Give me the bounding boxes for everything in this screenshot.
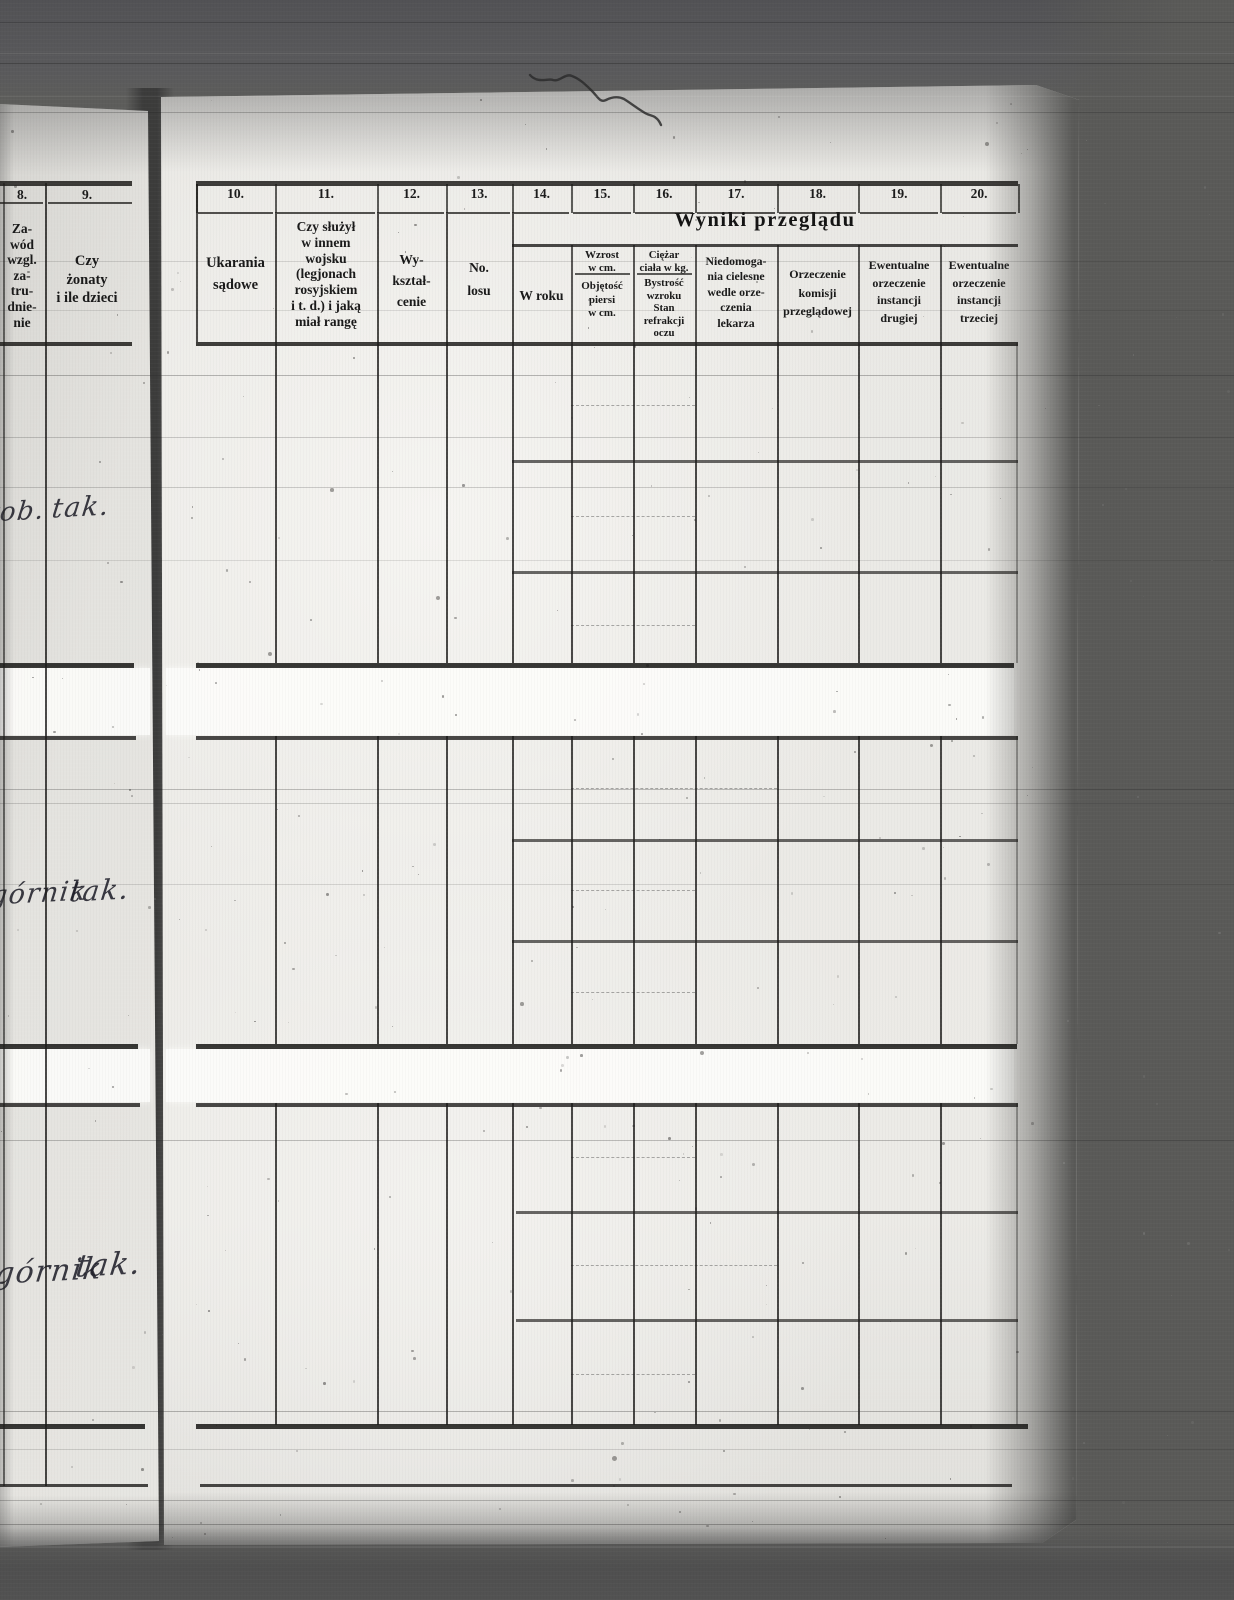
grid-line <box>516 1211 1018 1214</box>
grid-line <box>0 342 132 346</box>
grid-line <box>275 1103 277 1425</box>
col-8-number: 8. <box>0 187 44 203</box>
grid-line <box>275 184 277 213</box>
grid-line <box>940 1103 942 1425</box>
grid-line-faint <box>571 788 777 789</box>
thread-artifact <box>490 30 750 180</box>
row-separator-band <box>0 668 150 735</box>
grid-line <box>777 245 779 343</box>
grid-line <box>512 736 514 1044</box>
col-19-header: Ewentualne orzeczenie instancji drugiej <box>860 257 938 327</box>
grid-line <box>860 212 938 214</box>
grid-line <box>575 273 630 275</box>
grid-line <box>512 244 1018 247</box>
grid-line <box>637 273 692 275</box>
grid-line <box>379 212 444 214</box>
col-16-header-top: Ciężar ciała w kg. <box>634 249 694 274</box>
grid-line <box>514 212 569 214</box>
grid-line <box>858 184 860 213</box>
col-15-header-top: Wzrost w cm. <box>572 249 632 274</box>
grid-line <box>0 1484 148 1487</box>
grid-line <box>1018 184 1020 213</box>
row-separator-band <box>0 1049 150 1102</box>
grid-line <box>3 183 5 1486</box>
grid-line <box>858 1103 860 1425</box>
grid-line <box>277 212 375 214</box>
row-separator-band <box>166 668 1014 735</box>
grid-line <box>446 736 448 1044</box>
grid-line <box>0 202 43 204</box>
grid-line <box>571 1103 573 1425</box>
grid-line <box>512 343 514 663</box>
grid-line <box>0 1044 138 1049</box>
grid-line <box>0 736 136 740</box>
scan-canvas: 8. 9. Za- wód wzgl. za- tru- dnie- nie C… <box>0 0 1234 1600</box>
scanner-background-bottom <box>0 1528 1234 1600</box>
grid-line <box>377 343 379 663</box>
entry-2-married: tak. <box>68 872 132 908</box>
grid-line <box>45 183 47 1486</box>
grid-line <box>198 212 273 214</box>
grid-line <box>377 1103 379 1425</box>
grid-line <box>940 343 942 663</box>
col-16-header-bottom: Bystrość wzroku Stan refrakcji oczu <box>634 277 694 340</box>
col-15-number: 15. <box>571 186 633 202</box>
col-16-number: 16. <box>633 186 695 202</box>
col-13-number: 13. <box>446 186 512 202</box>
grid-line <box>196 342 1018 346</box>
grid-line <box>635 212 693 214</box>
grid-line <box>777 184 779 213</box>
grid-line <box>695 343 697 663</box>
grid-line <box>1016 343 1018 663</box>
grid-line <box>940 736 942 1044</box>
grid-line <box>48 202 132 204</box>
grid-line <box>377 736 379 1044</box>
grid-line <box>1016 736 1018 1044</box>
grid-line <box>695 245 697 343</box>
col-11-header: Czy służył w innem wojsku (legjonach ros… <box>277 219 375 330</box>
grid-line <box>377 184 379 213</box>
grid-line <box>196 1044 1017 1049</box>
grid-line <box>448 212 510 214</box>
grid-line <box>275 736 277 1044</box>
grid-line <box>940 184 942 213</box>
grid-line <box>196 181 1018 186</box>
col-20-number: 20. <box>940 186 1018 202</box>
col-15-header-bottom: Objętość piersi w cm. <box>572 280 632 321</box>
grid-line <box>777 1103 779 1425</box>
row-separator-band <box>166 1049 1014 1102</box>
grid-line <box>571 245 573 343</box>
grid-line <box>633 343 635 663</box>
grid-line <box>695 184 697 213</box>
grid-line <box>196 663 1014 668</box>
right-page: 10. 11. 12. 13. 14. 15. 16. 17. 18. 19. … <box>0 0 1234 1600</box>
grid-line <box>196 184 198 342</box>
grid-line <box>196 1103 1018 1107</box>
grid-line <box>571 343 573 663</box>
grid-line <box>0 181 132 186</box>
grid-line <box>275 212 277 343</box>
col-19-number: 19. <box>858 186 940 202</box>
grid-line <box>697 212 775 214</box>
col-9-number: 9. <box>46 187 128 203</box>
grid-line-faint <box>571 1265 777 1266</box>
col-20-header: Ewentualne orzeczenie instancji trzeciej <box>942 257 1016 327</box>
grid-line <box>377 212 379 343</box>
col-13-header: No. losu <box>448 256 510 302</box>
grid-line <box>633 245 635 343</box>
grid-line <box>196 1424 1028 1429</box>
col-10-number: 10. <box>196 186 275 202</box>
grid-line <box>0 1424 145 1429</box>
col-9-header: Czy żonaty i ile dzieci <box>44 252 130 308</box>
grid-line <box>942 212 1016 214</box>
grid-line <box>777 736 779 1044</box>
grid-line <box>633 736 635 1044</box>
col-17-header: Niedomoga- nia cielesne wedle orze- czen… <box>697 254 775 331</box>
col-11-number: 11. <box>275 186 377 202</box>
col-18-header: Orzeczenie komisji przeglądowej <box>779 265 856 321</box>
grid-line <box>858 343 860 663</box>
grid-line <box>0 663 134 668</box>
grid-line <box>446 343 448 663</box>
grid-line <box>1016 1103 1018 1425</box>
grid-line <box>446 1103 448 1425</box>
grid-line <box>695 736 697 1044</box>
grid-line <box>512 184 514 213</box>
grid-line <box>573 212 631 214</box>
grid-line <box>777 343 779 663</box>
grid-line <box>0 1103 140 1107</box>
grid-line <box>779 212 856 214</box>
grid-line <box>446 212 448 343</box>
grid-line <box>196 736 1018 740</box>
entry-3-married: tak. <box>74 1245 144 1285</box>
grid-line <box>571 736 573 1044</box>
entry-1-occupation: rob. <box>0 495 47 528</box>
col-14-number: 14. <box>512 186 571 202</box>
grid-line <box>858 736 860 1044</box>
grid-line <box>512 212 514 343</box>
grid-line <box>512 1103 514 1425</box>
grid-line <box>695 1103 697 1425</box>
grid-line <box>446 184 448 213</box>
entry-1-married: tak. <box>50 490 112 524</box>
grid-line <box>633 1103 635 1425</box>
col-14-header: W roku <box>514 288 569 304</box>
grid-line <box>516 1319 1018 1322</box>
grid-line <box>571 184 573 213</box>
col-18-number: 18. <box>777 186 858 202</box>
grid-line <box>858 245 860 343</box>
grid-line <box>940 245 942 343</box>
grid-line <box>633 184 635 213</box>
col-8-header: Za- wód wzgl. za- tru- dnie- nie <box>0 221 44 330</box>
col-17-number: 17. <box>695 186 777 202</box>
col-12-number: 12. <box>377 186 446 202</box>
grid-line <box>200 1484 1012 1487</box>
col-12-header: Wy- kształ- cenie <box>379 249 444 312</box>
col-10-header: Ukarania sądowe <box>198 252 273 296</box>
grid-line <box>275 343 277 663</box>
